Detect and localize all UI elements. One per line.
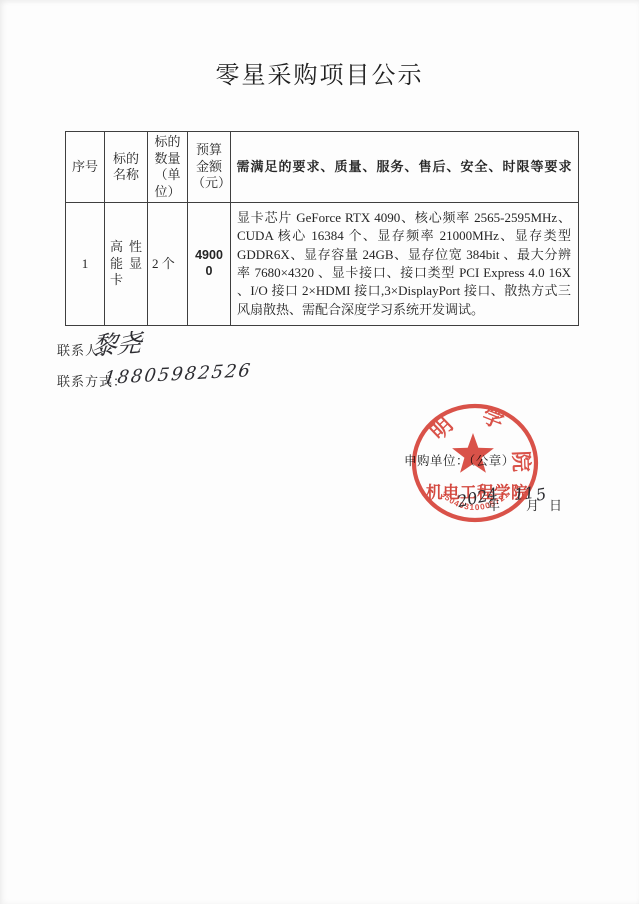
cell-item-name: 高性能显卡 — [105, 203, 148, 326]
col-header-budget: 预算金额（元） — [188, 132, 231, 203]
seal-arc-char-3: 院 — [510, 450, 533, 473]
cell-quantity: 2 个 — [148, 203, 188, 326]
col-header-requirements: 需满足的要求、质量、服务、售后、安全、时限等要求 — [231, 132, 579, 203]
table-header-row: 序号 标的名称 标的数量（单位） 预算金额（元） 需满足的要求、质量、服务、售后… — [66, 132, 579, 203]
cell-budget: 49000 — [188, 203, 231, 326]
col-header-name: 标的名称 — [105, 132, 148, 203]
procurement-table: 序号 标的名称 标的数量（单位） 预算金额（元） 需满足的要求、质量、服务、售后… — [65, 131, 579, 326]
col-header-qty: 标的数量（单位） — [148, 132, 188, 203]
cell-seq: 1 — [66, 203, 105, 326]
scanned-document-page: 零星采购项目公示 序号 标的名称 标的数量（单位） 预算金额（元） 需满足的要求… — [0, 0, 639, 904]
cell-requirements: 显卡芯片 GeForce RTX 4090、核心频率 2565-2595MHz、… — [231, 203, 579, 326]
date-month-handwritten: 11 — [513, 483, 535, 504]
contact-phone-handwritten: 18805982526 — [103, 360, 253, 389]
contact-person-signature: 黎尧 — [91, 323, 143, 363]
col-header-seq: 序号 — [66, 132, 105, 203]
seal-star-icon — [452, 433, 494, 473]
official-seal-stamp: 35040310005721 机电工程学院 明 学 院 — [400, 388, 550, 538]
table-row: 1 高性能显卡 2 个 49000 显卡芯片 GeForce RTX 4090、… — [66, 203, 579, 326]
date-day-suffix: 日 — [549, 495, 562, 514]
page-title: 零星采购项目公示 — [0, 55, 639, 90]
